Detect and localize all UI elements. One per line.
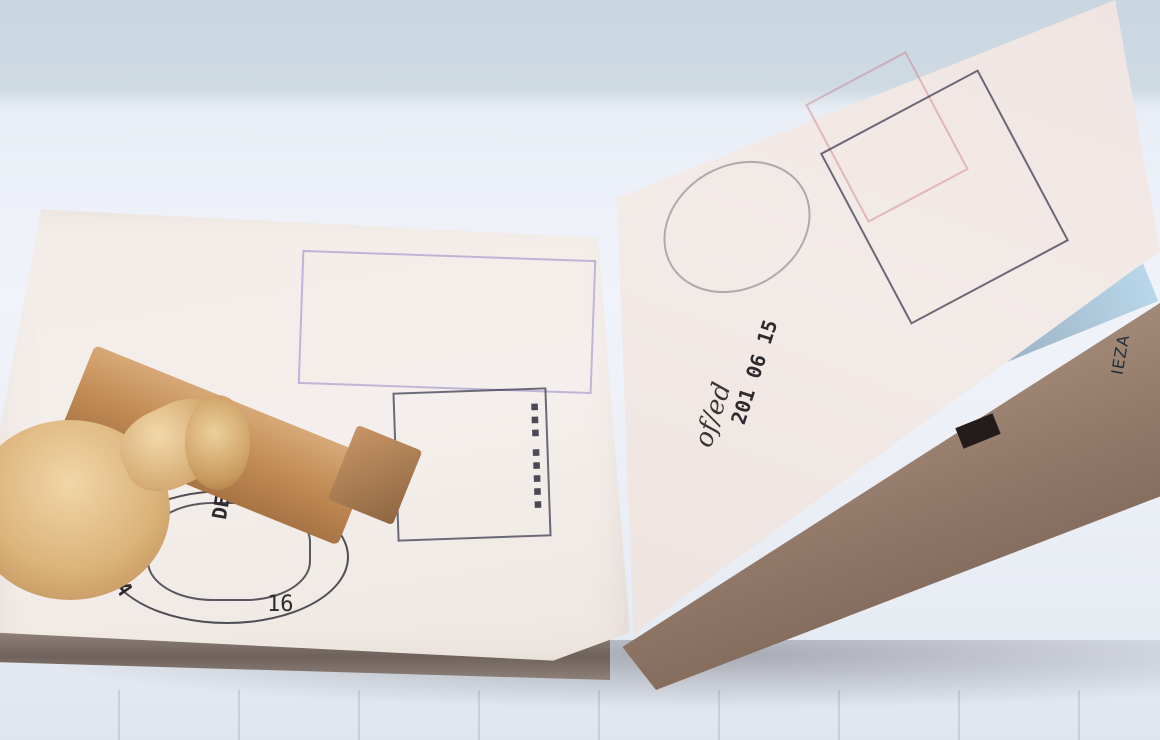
passport-photo: IEZA ■■■ ■■■■■ 201 06 15 of/ed TRALIA DE… (0, 0, 1160, 740)
faded-entry-stamp (298, 250, 596, 394)
page-number: 16 (267, 592, 294, 617)
visa-stamp-text: ■■■ ■■■■■ (528, 400, 545, 511)
rubber-stamp-collar (185, 395, 250, 490)
